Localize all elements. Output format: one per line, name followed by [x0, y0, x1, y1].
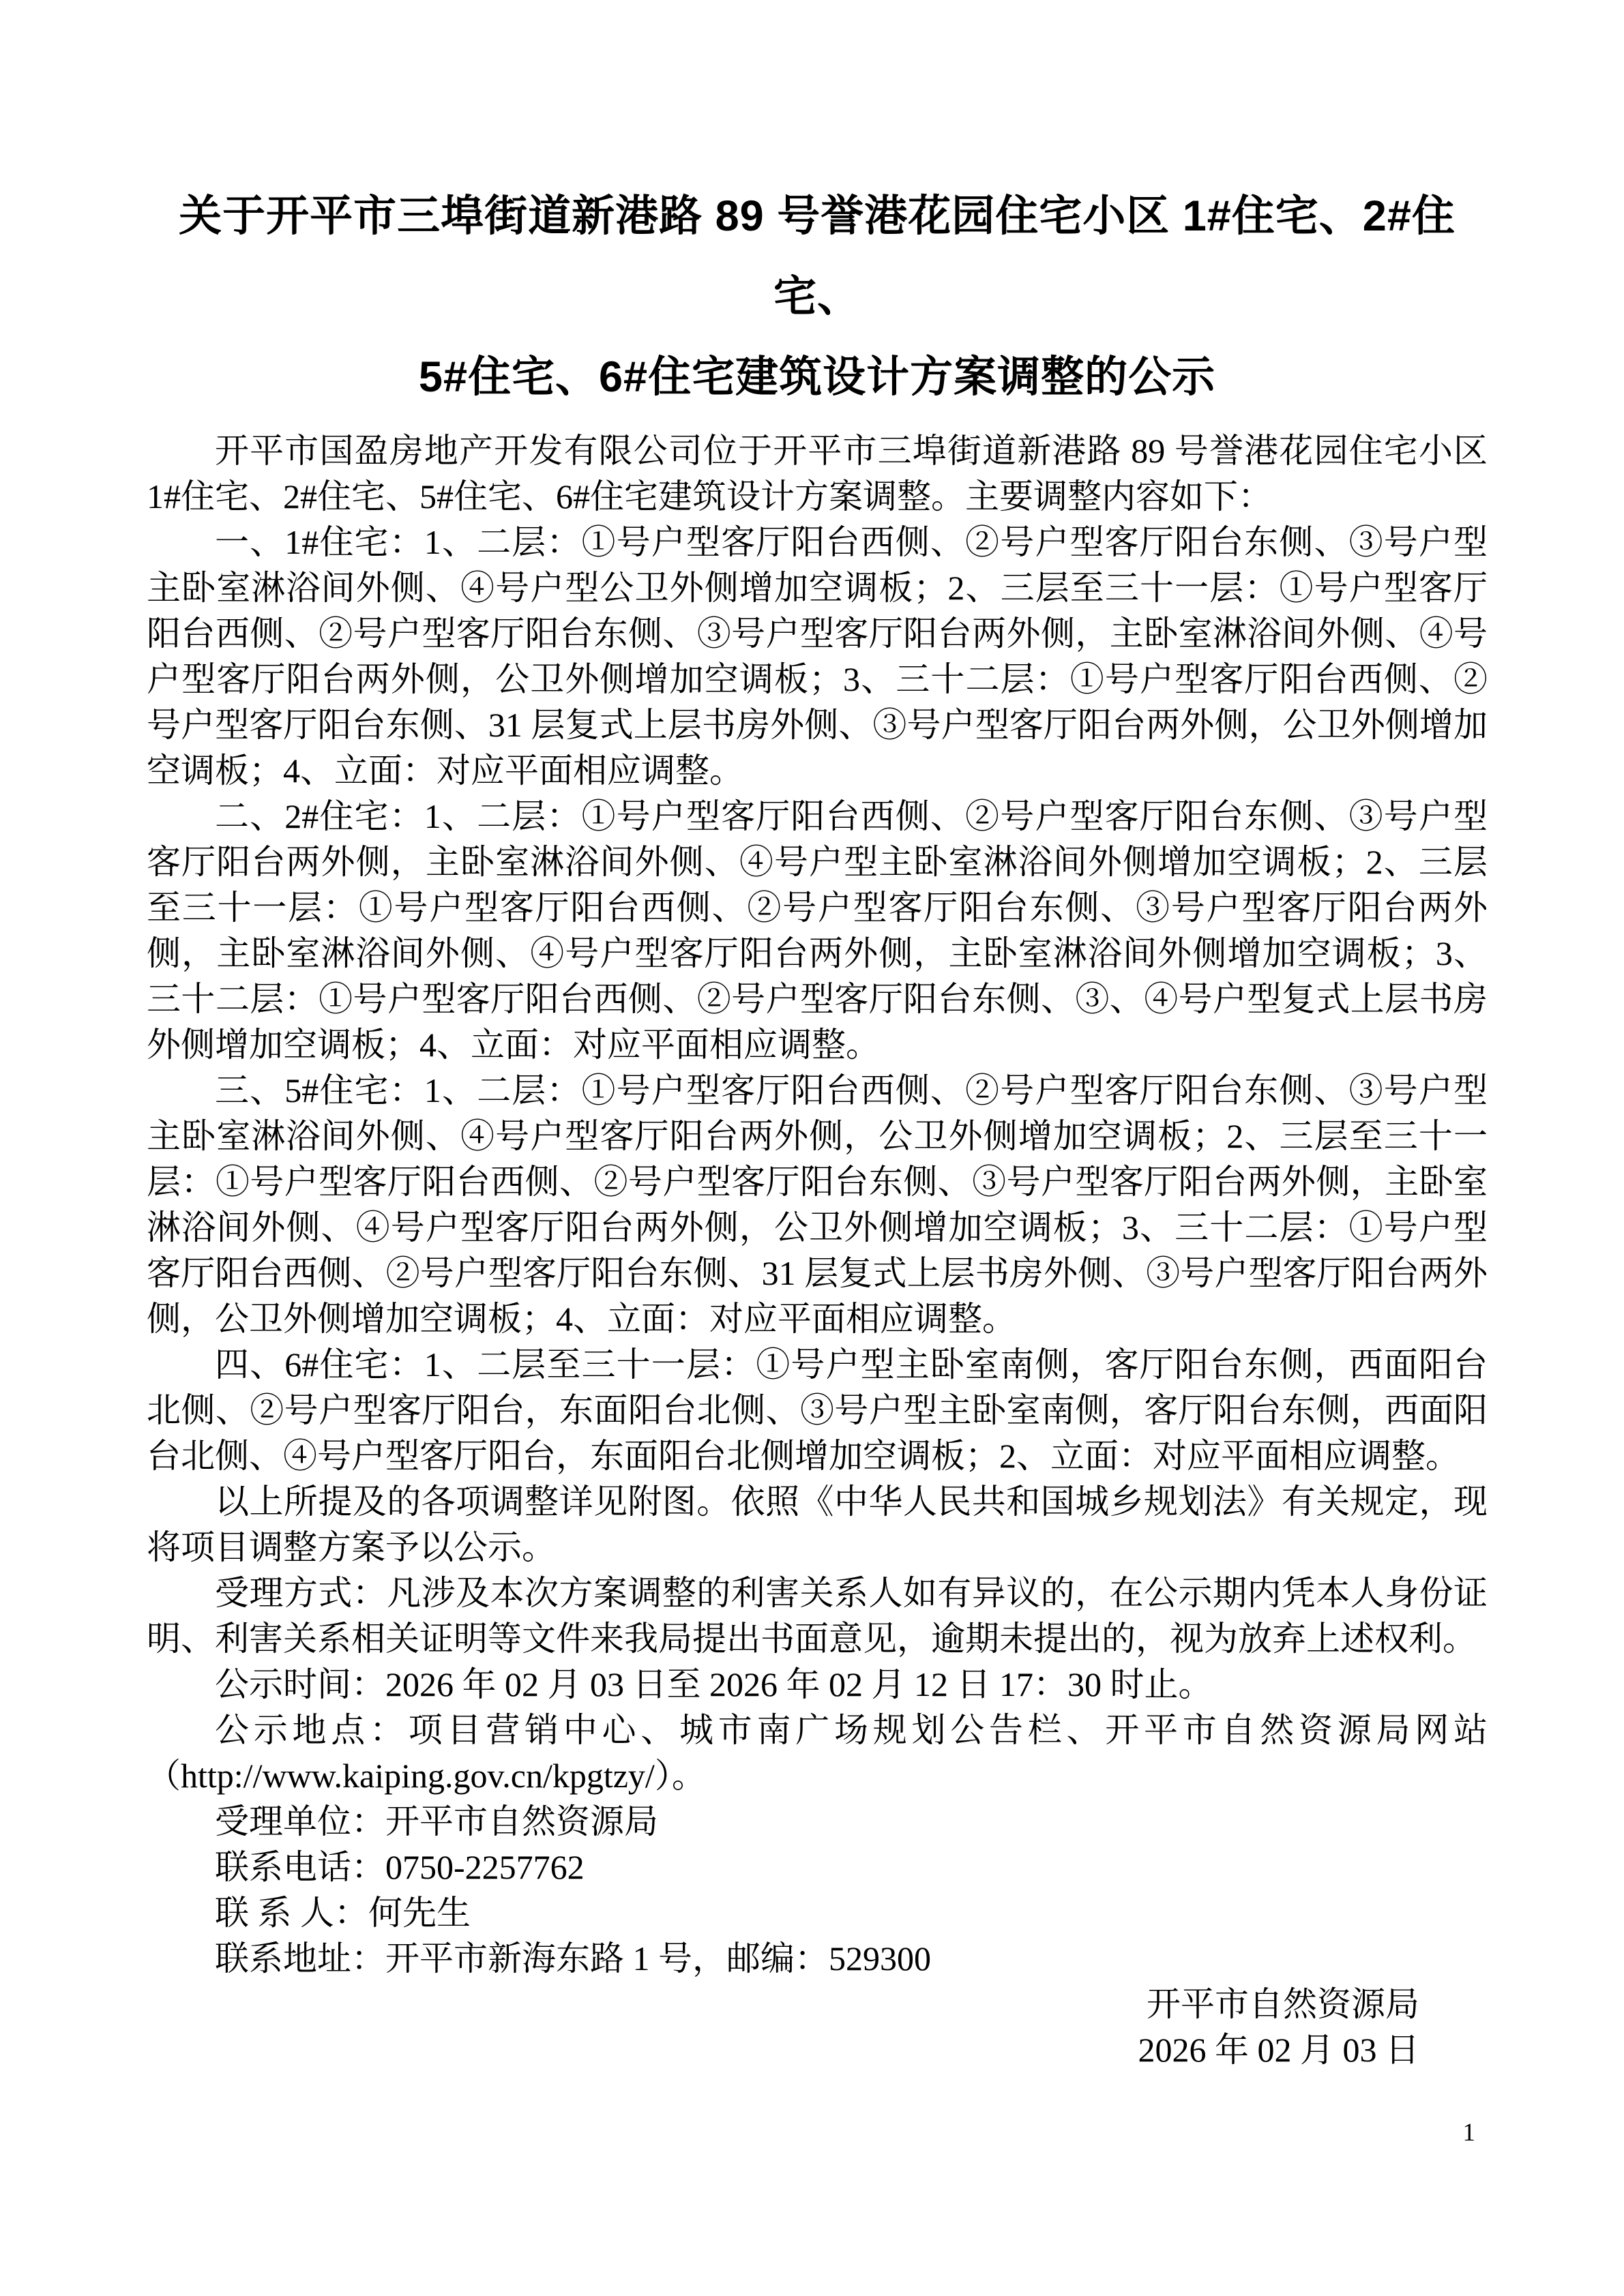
notice-page: 关于开平市三埠街道新港路 89 号誉港花园住宅小区 1#住宅、2#住宅、 5#住…: [0, 0, 1624, 2296]
contact-address-line: 联系地址：开平市新海东路 1 号，邮编：529300: [147, 1936, 1488, 1982]
signature-block: 开平市自然资源局 2026 年 02 月 03 日: [147, 1982, 1488, 2073]
signature-date: 2026 年 02 月 03 日: [147, 2027, 1419, 2073]
section-building-6: 四、6#住宅：1、二层至三十一层：①号户型主卧室南侧，客厅阳台东侧，西面阳台北侧…: [147, 1342, 1488, 1479]
section-building-2: 二、2#住宅：1、二层：①号户型客厅阳台西侧、②号户型客厅阳台东侧、③号户型客厅…: [147, 794, 1488, 1068]
document-title-line-1: 关于开平市三埠街道新港路 89 号誉港花园住宅小区 1#住宅、2#住宅、: [147, 176, 1488, 337]
document-title-line-2: 5#住宅、6#住宅建筑设计方案调整的公示: [147, 337, 1488, 417]
intro-paragraph: 开平市国盈房地产开发有限公司位于开平市三埠街道新港路 89 号誉港花园住宅小区 …: [147, 428, 1488, 520]
signature-organization: 开平市自然资源局: [147, 1982, 1419, 2027]
attachment-note-paragraph: 以上所提及的各项调整详见附图。依照《中华人民共和国城乡规划法》有关规定，现将项目…: [147, 1479, 1488, 1570]
document-title: 关于开平市三埠街道新港路 89 号誉港花园住宅小区 1#住宅、2#住宅、 5#住…: [147, 176, 1488, 417]
publicity-place-line: 公示地点：项目营销中心、城市南广场规划公告栏、开平市自然资源局网站（http:/…: [147, 1708, 1488, 1799]
section-building-5: 三、5#住宅：1、二层：①号户型客厅阳台西侧、②号户型客厅阳台东侧、③号户型主卧…: [147, 1068, 1488, 1342]
contact-phone-line: 联系电话：0750-2257762: [147, 1845, 1488, 1890]
accepting-unit-line: 受理单位：开平市自然资源局: [147, 1799, 1488, 1845]
publicity-time-line: 公示时间：2026 年 02 月 03 日至 2026 年 02 月 12 日 …: [147, 1662, 1488, 1708]
acceptance-method-paragraph: 受理方式：凡涉及本次方案调整的利害关系人如有异议的，在公示期内凭本人身份证明、利…: [147, 1570, 1488, 1662]
section-building-1: 一、1#住宅：1、二层：①号户型客厅阳台西侧、②号户型客厅阳台东侧、③号户型主卧…: [147, 520, 1488, 794]
contact-person-line: 联 系 人：何先生: [147, 1890, 1488, 1936]
document-body: 开平市国盈房地产开发有限公司位于开平市三埠街道新港路 89 号誉港花园住宅小区 …: [147, 428, 1488, 2073]
page-number: 1: [1463, 2119, 1476, 2147]
